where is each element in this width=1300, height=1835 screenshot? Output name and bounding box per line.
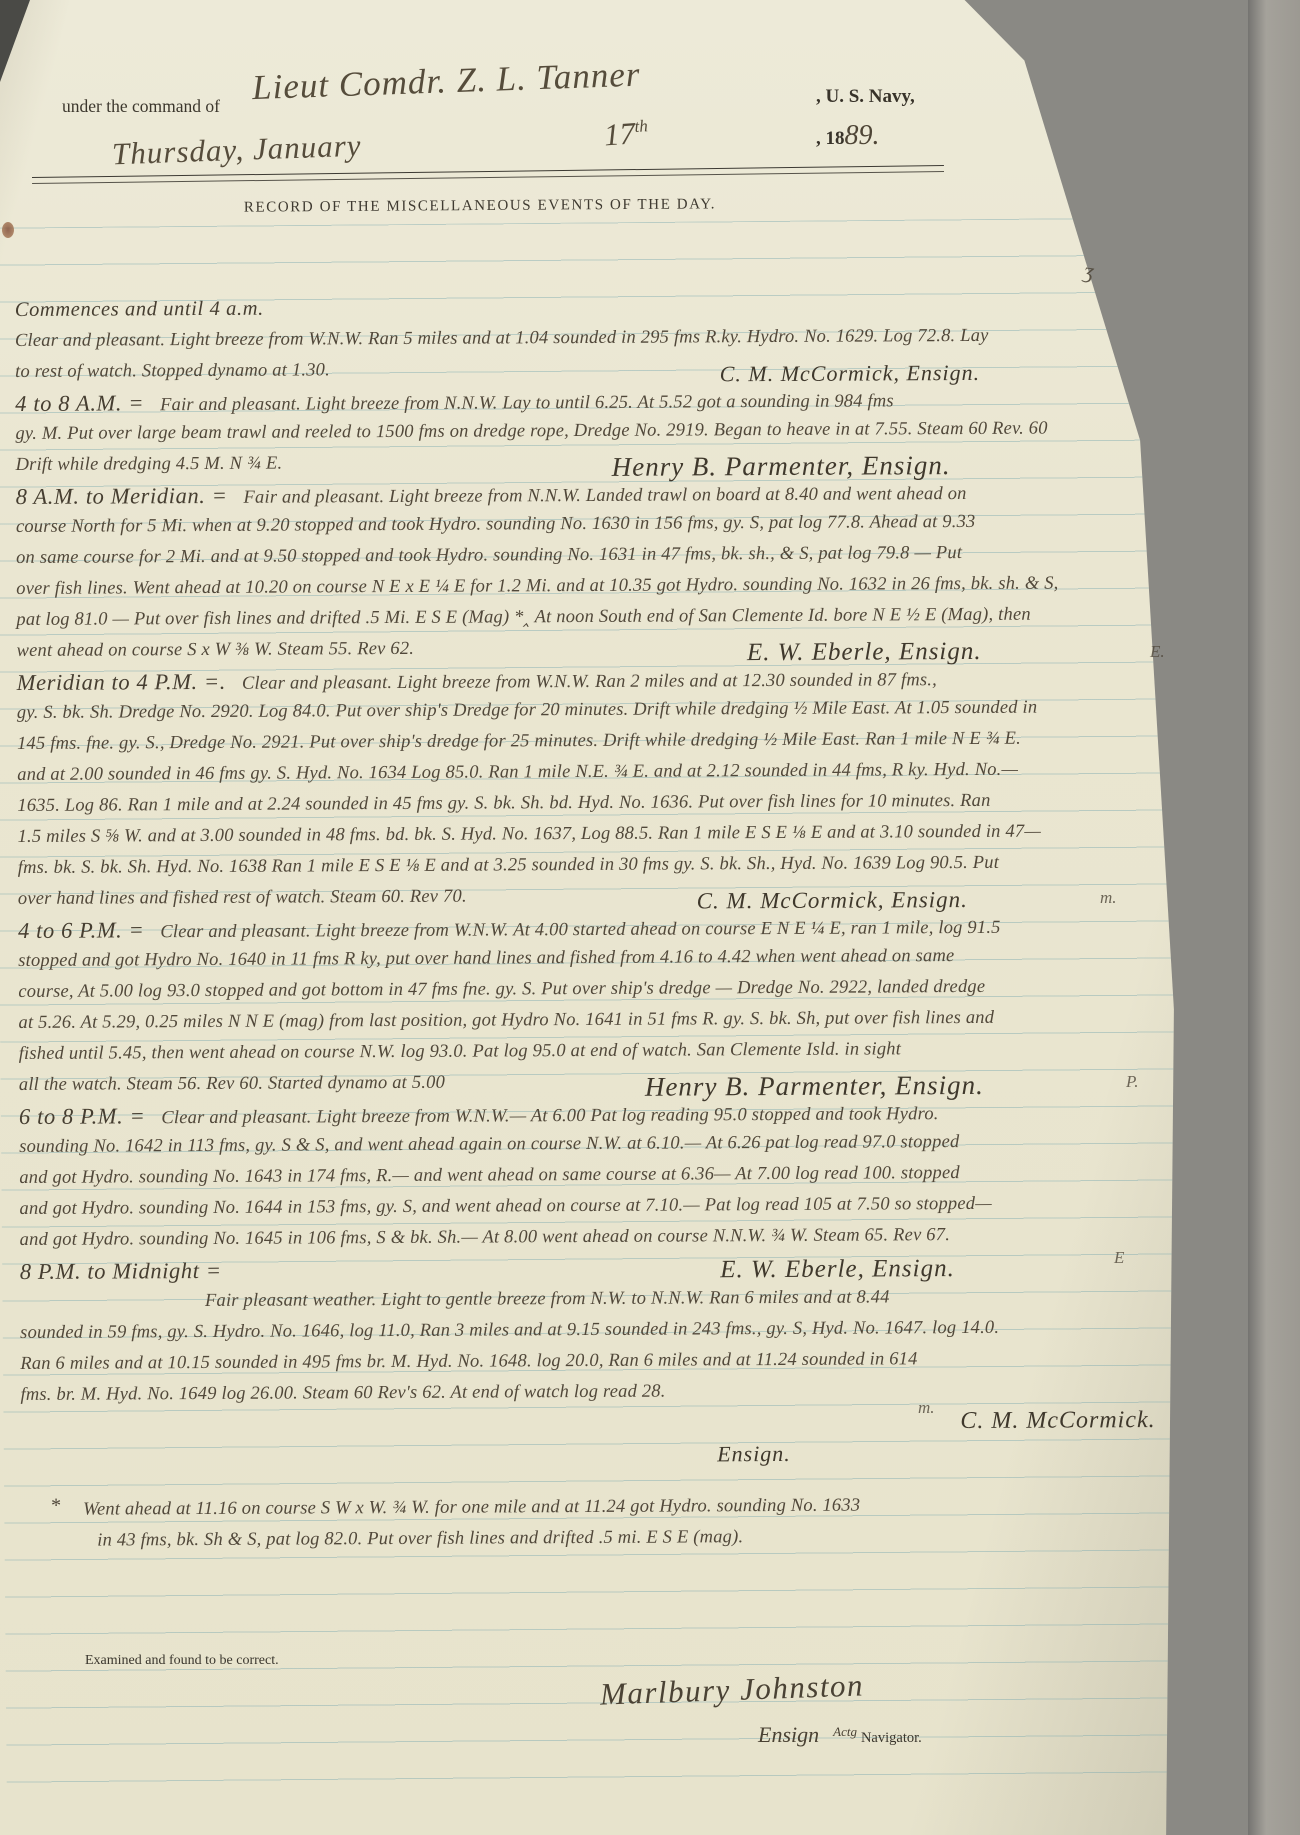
acting-abbreviation: Actg — [833, 1724, 857, 1739]
margin-initial-mark: E. — [1150, 642, 1165, 662]
book-page-stack-edge — [1248, 0, 1300, 1835]
log-entry: 8 A.M. to Meridian. =Fair and pleasant. … — [16, 475, 1152, 667]
watch-heading: Commences and until 4 a.m. — [15, 298, 264, 321]
handwritten-date: Thursday, January — [111, 128, 362, 173]
printed-examined-note: Examined and found to be correct. — [85, 1653, 279, 1669]
paper-sheet: under the command of Lieut Comdr. Z. L. … — [0, 0, 1300, 1835]
navigator-rank-line: EnsignActgNavigator. — [758, 1722, 922, 1748]
log-entries: Commences and until 4 a.m.Clear and plea… — [15, 289, 1157, 1557]
stray-pen-squiggle: ʒ — [1082, 257, 1095, 284]
margin-initial-mark: m. — [1100, 888, 1117, 908]
printed-year-prefix: , 18 — [816, 128, 845, 149]
page-title: RECORD OF THE MISCELLANEOUS EVENTS OF TH… — [0, 195, 960, 219]
log-entry: Commences and until 4 a.m.Clear and plea… — [15, 289, 1150, 388]
margin-initial-mark: m. — [918, 1398, 935, 1418]
watch-heading: 4 to 6 P.M. = — [18, 917, 144, 943]
day-ordinal-suffix: th — [634, 116, 649, 136]
printed-command-prefix: under the command of — [62, 96, 220, 117]
handwritten-day-number: 17th — [603, 115, 650, 154]
asterisk-footnote: *Went ahead at 11.16 on course S W x W. … — [21, 1489, 1156, 1557]
watch-heading: 8 A.M. to Meridian. = — [16, 483, 228, 509]
handwritten-year-digits: 89. — [845, 120, 880, 151]
log-entry: 6 to 8 P.M. =Clear and pleasant. Light b… — [19, 1095, 1155, 1256]
scanned-logbook-page: under the command of Lieut Comdr. Z. L. … — [0, 0, 1300, 1835]
officer-signature: E. W. Eberle, Ensign. — [720, 1253, 955, 1285]
printed-navigator-label: Navigator. — [861, 1730, 922, 1746]
photo-corner-shadow — [0, 0, 30, 82]
officer-signature: C. M. McCormick. — [21, 1405, 1156, 1442]
margin-initial-mark: P. — [1126, 1072, 1138, 1092]
officer-signature: Ensign. — [21, 1436, 1156, 1473]
day-number: 17 — [603, 115, 636, 152]
log-text-line: fms. br. M. Hyd. No. 1649 log 26.00. Ste… — [20, 1374, 1155, 1411]
printed-navy-suffix: , U. S. Navy, — [816, 86, 915, 108]
margin-initial-mark: E — [1114, 1248, 1124, 1268]
log-entry: 8 P.M. to Midnight =E. W. Eberle, Ensign… — [20, 1250, 1156, 1473]
log-entry: 4 to 6 P.M. =Clear and pleasant. Light b… — [18, 909, 1154, 1101]
watch-heading: 4 to 8 A.M. = — [15, 390, 144, 416]
log-entry: Meridian to 4 P.M. =.Clear and pleasant.… — [17, 661, 1153, 915]
footnote-text-line: in 43 fms, bk. Sh & S, pat log 82.0. Put… — [83, 1520, 1156, 1557]
year-line: , 1889. — [816, 120, 880, 152]
watch-heading: 6 to 8 P.M. = — [19, 1103, 145, 1129]
navigator-rank: Ensign — [758, 1722, 819, 1747]
watch-heading: 8 P.M. to Midnight = — [20, 1258, 222, 1284]
asterisk-marker: * — [51, 1495, 61, 1518]
handwritten-commander-name: Lieut Comdr. Z. L. Tanner — [251, 48, 832, 108]
watch-heading: Meridian to 4 P.M. =. — [17, 669, 226, 695]
log-entry: 4 to 8 A.M. =Fair and pleasant. Light br… — [15, 382, 1150, 481]
ink-stain — [2, 222, 14, 238]
